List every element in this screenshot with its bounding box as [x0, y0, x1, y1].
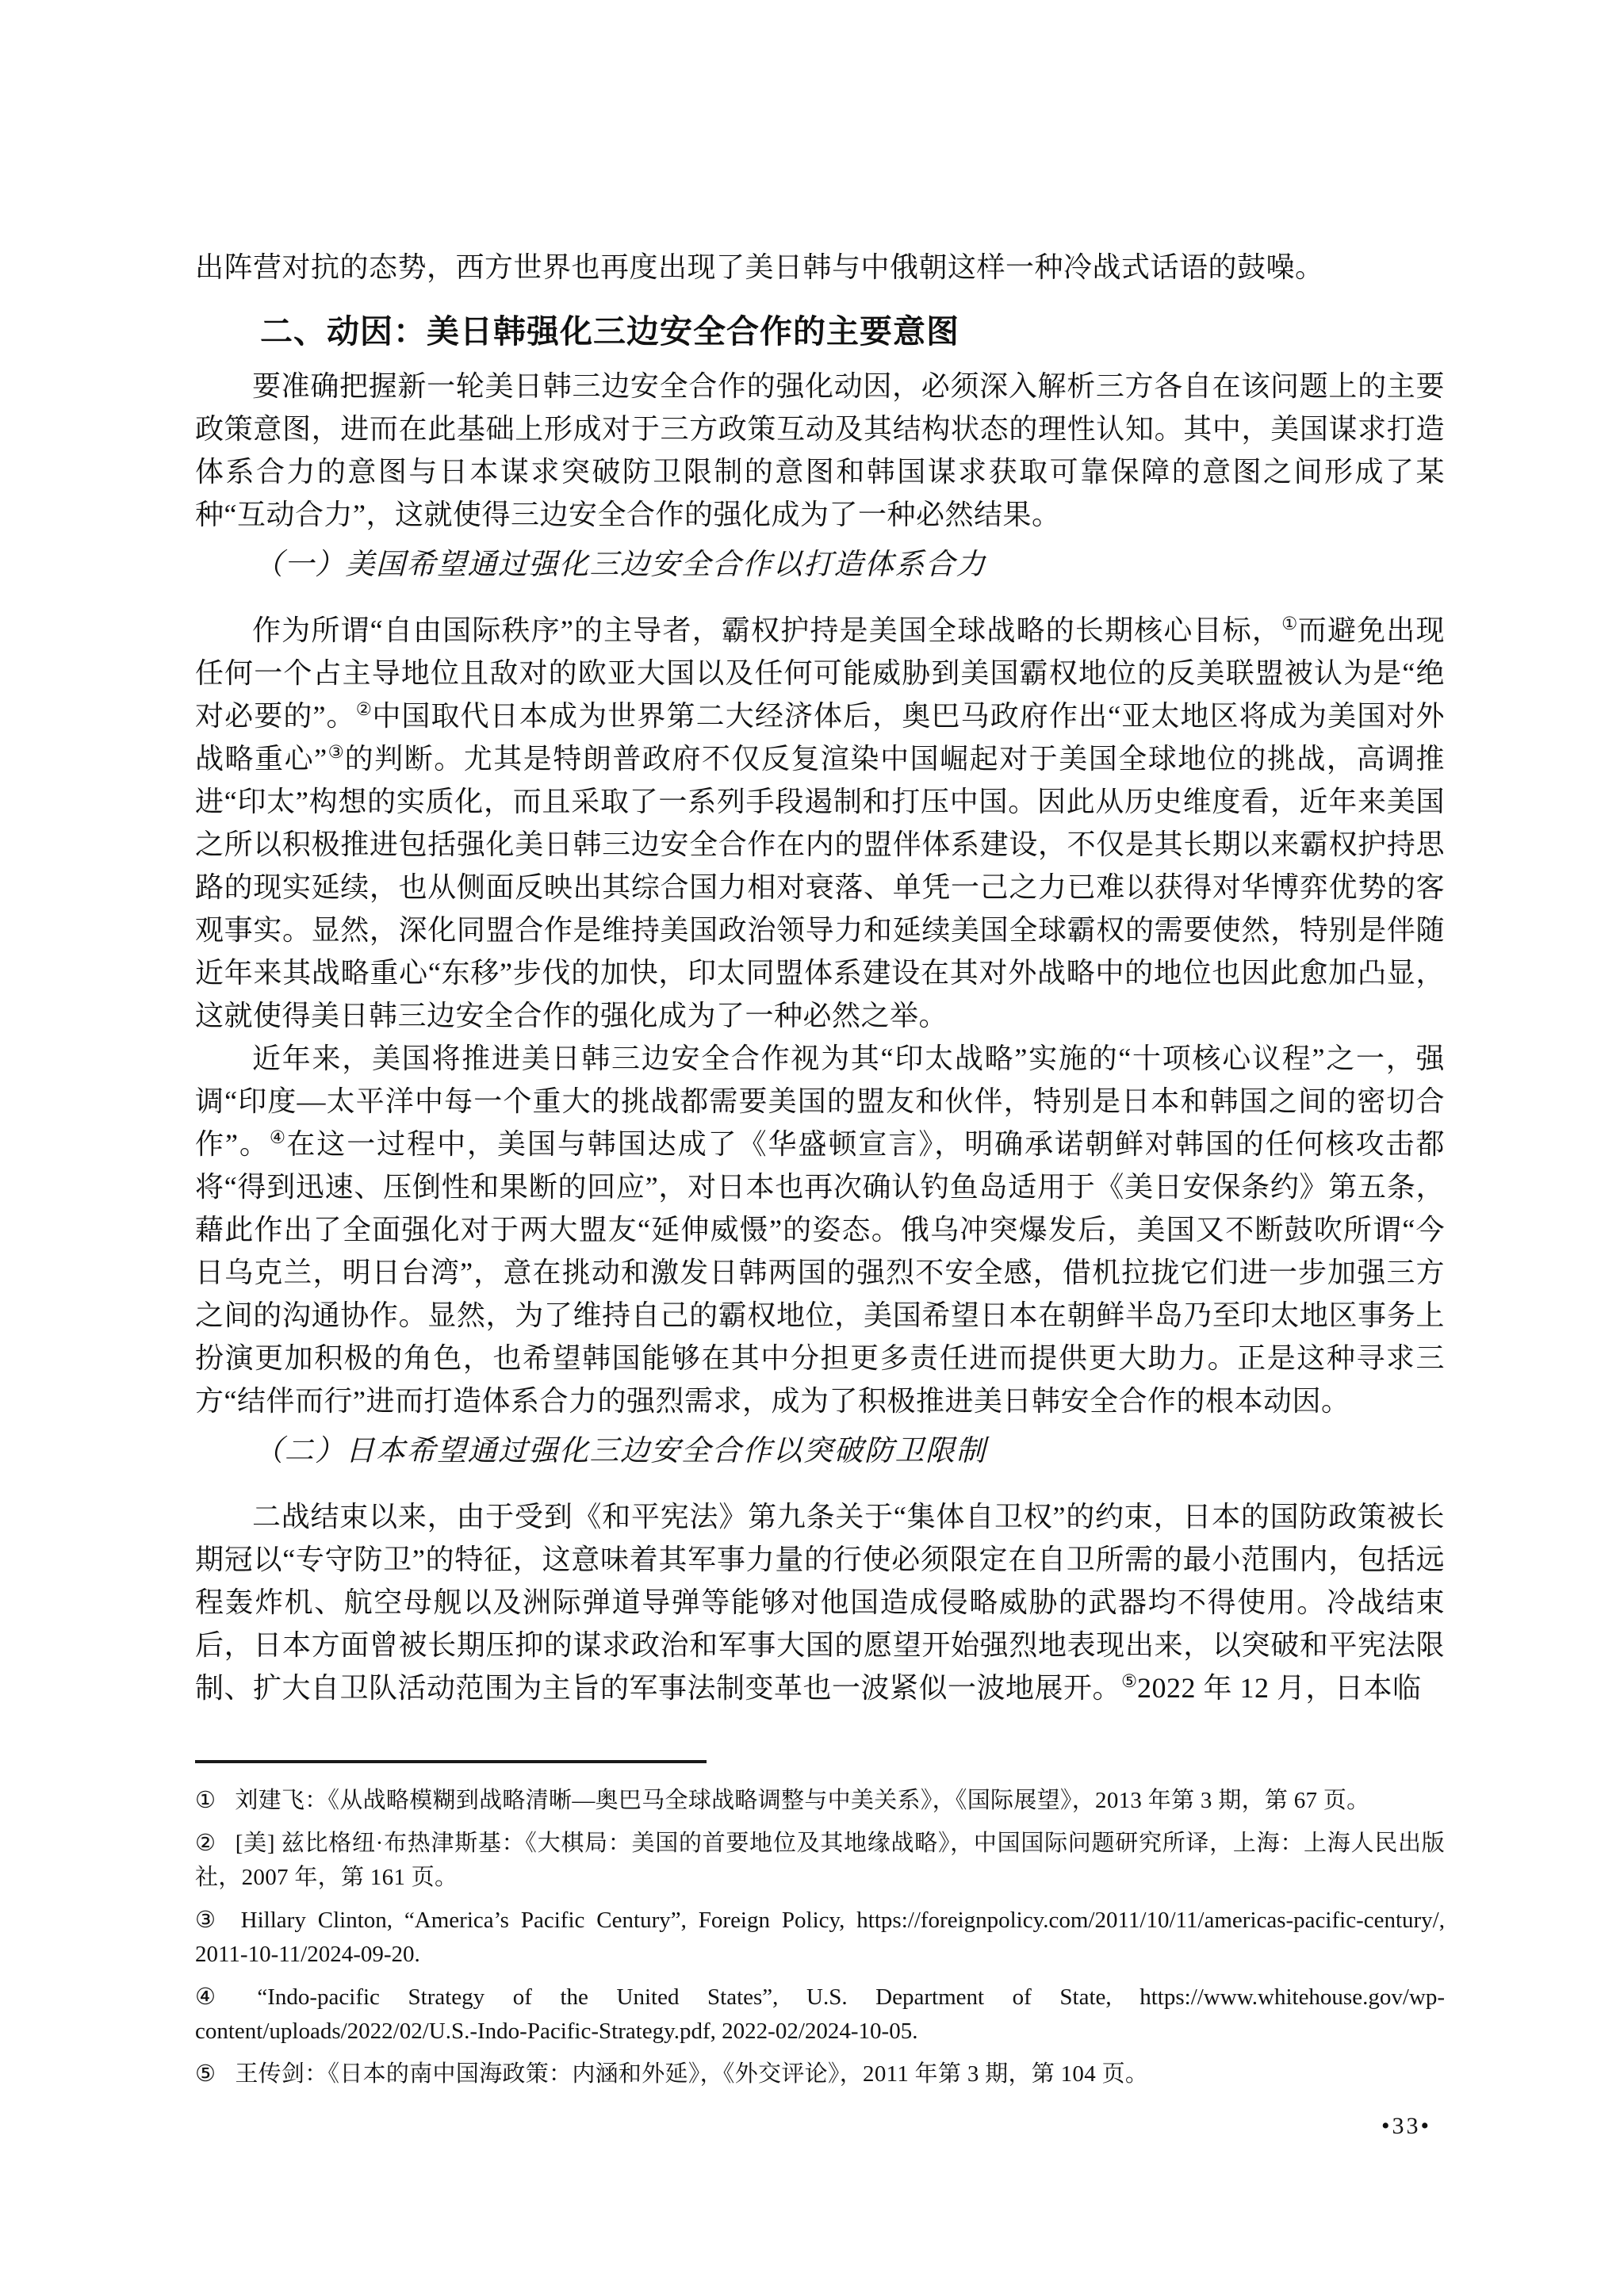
footnote-text-1: 刘建飞：《从战略模糊到战略清晰—奥巴马全球战略调整与中美关系》，《国际展望》，2…: [235, 1788, 1369, 1813]
subsection-heading-1: （一）美国希望通过强化三边安全合作以打造体系合力: [195, 544, 1445, 587]
footnote-text-5: 王传剑：《日本的南中国海政策：内涵和外延》，《外交评论》，2011 年第 3 期…: [235, 2061, 1148, 2087]
footnote-item-2: ②[美] 兹比格纽·布热津斯基：《大棋局：美国的首要地位及其地缘战略》，中国国际…: [195, 1827, 1445, 1895]
paragraph-us-indo-pacific: 近年来，美国将推进美日韩三边安全合作视为其“印太战略”实施的“十项核心议程”之一…: [195, 1037, 1445, 1422]
footnote-section: ①刘建飞：《从战略模糊到战略清晰—奥巴马全球战略调整与中美关系》，《国际展望》，…: [195, 1760, 1445, 2091]
para2-segment: 的判断。尤其是特朗普政府不仅反复渲染中国崛起对于美国全球地位的挑战，高调推进“印…: [195, 743, 1445, 1031]
document-page: 出阵营对抗的态势，西方世界也再度出现了美日韩与中俄朝这样一种冷战式话语的鼓噪。 …: [0, 0, 1624, 2296]
footnote-separator: [195, 1760, 707, 1763]
footnote-marker-5: ⑤: [195, 2061, 216, 2087]
footnote-ref-1: ①: [1281, 614, 1298, 633]
footnote-text-3: Hillary Clinton, “America’s Pacific Cent…: [195, 1908, 1445, 1967]
text-block: 出阵营对抗的态势，西方世界也再度出现了美日韩与中俄朝这样一种冷战式话语的鼓噪。 …: [195, 246, 1445, 2100]
footnote-text-4: “Indo-pacific Strategy of the United Sta…: [195, 1984, 1445, 2044]
footnote-marker-2: ②: [195, 1831, 216, 1856]
subsection-heading-2: （二）日本希望通过强化三边安全合作以突破防卫限制: [195, 1430, 1445, 1473]
para3-segment: 在这一过程中，美国与韩国达成了《华盛顿宣言》，明确承诺朝鲜对韩国的任何核攻击都将…: [195, 1128, 1445, 1417]
footnote-ref-2: ②: [356, 699, 373, 719]
body-continuation-line: 出阵营对抗的态势，西方世界也再度出现了美日韩与中俄朝这样一种冷战式话语的鼓噪。: [195, 246, 1445, 289]
section-heading: 二、动因：美日韩强化三边安全合作的主要意图: [195, 309, 1445, 354]
footnote-marker-3: ③: [195, 1908, 222, 1933]
footnote-marker-1: ①: [195, 1788, 216, 1813]
para2-segment: 作为所谓“自由国际秩序”的主导者，霸权护持是美国全球战略的长期核心目标，: [252, 614, 1281, 646]
footnote-item-3: ③Hillary Clinton, “America’s Pacific Cen…: [195, 1904, 1445, 1972]
footnote-ref-5: ⑤: [1121, 1671, 1137, 1691]
footnote-text-2: [美] 兹比格纽·布热津斯基：《大棋局：美国的首要地位及其地缘战略》，中国国际问…: [195, 1831, 1445, 1890]
para4-segment: 2022 年 12 月，日本临: [1137, 1672, 1422, 1704]
paragraph-japan-defense: 二战结束以来，由于受到《和平宪法》第九条关于“集体自卫权”的约束，日本的国防政策…: [195, 1495, 1445, 1709]
page-number: •33•: [1381, 2113, 1431, 2140]
paragraph-overview: 要准确把握新一轮美日韩三边安全合作的强化动因，必须深入解析三方各自在该问题上的主…: [195, 365, 1445, 536]
footnote-item-5: ⑤王传剑：《日本的南中国海政策：内涵和外延》，《外交评论》，2011 年第 3 …: [195, 2057, 1445, 2091]
footnote-item-4: ④“Indo-pacific Strategy of the United St…: [195, 1980, 1445, 2049]
footnote-ref-3: ③: [327, 742, 345, 762]
footnote-ref-4: ④: [270, 1127, 286, 1147]
paragraph-us-hegemony: 作为所谓“自由国际秩序”的主导者，霸权护持是美国全球战略的长期核心目标，①而避免…: [195, 609, 1445, 1037]
footnote-marker-4: ④: [195, 1984, 238, 2010]
footnote-item-1: ①刘建飞：《从战略模糊到战略清晰—奥巴马全球战略调整与中美关系》，《国际展望》，…: [195, 1784, 1445, 1818]
